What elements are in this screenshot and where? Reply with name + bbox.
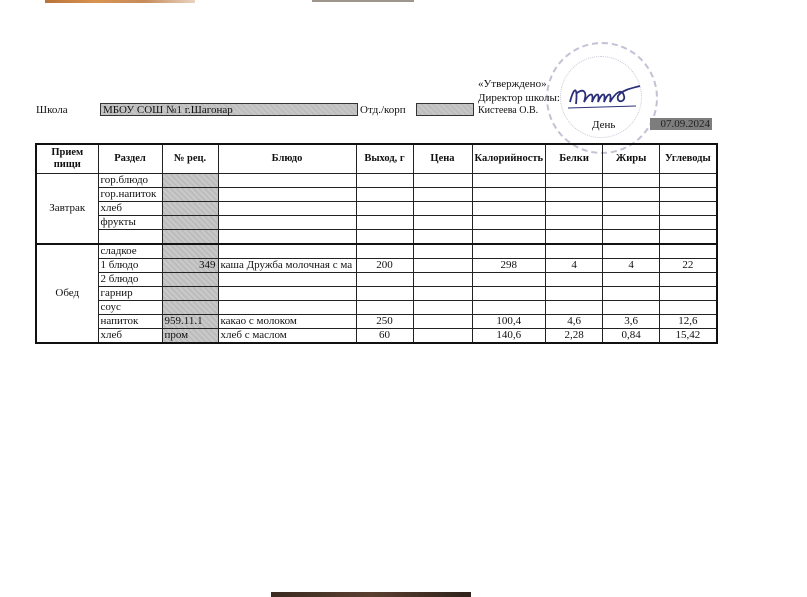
- cell-price: [413, 230, 472, 245]
- cell-fats: [603, 301, 660, 315]
- table-row: 1 блюдо349каша Дружба молочная с ма20029…: [36, 259, 717, 273]
- cell-fats: [603, 174, 660, 188]
- cell-recipe: [162, 287, 218, 301]
- cell-section: гор.напиток: [98, 188, 162, 202]
- table-row: хлеб: [36, 202, 717, 216]
- cell-fats: [603, 216, 660, 230]
- cell-section: [98, 230, 162, 245]
- cell-yield: [356, 188, 413, 202]
- cell-carbs: [660, 273, 717, 287]
- cell-dish: хлеб с маслом: [218, 329, 356, 344]
- table-row: Завтракгор.блюдо: [36, 174, 717, 188]
- cell-recipe: [162, 230, 218, 245]
- cell-calories: [472, 301, 546, 315]
- cell-dish: [218, 188, 356, 202]
- cell-proteins: 4,6: [546, 315, 603, 329]
- cell-proteins: [546, 174, 603, 188]
- table-row: соус: [36, 301, 717, 315]
- cell-recipe: [162, 202, 218, 216]
- cell-calories: [472, 287, 546, 301]
- cell-yield: [356, 202, 413, 216]
- cell-carbs: [660, 188, 717, 202]
- cell-proteins: [546, 230, 603, 245]
- cell-section: соус: [98, 301, 162, 315]
- cell-yield: [356, 287, 413, 301]
- cell-carbs: [660, 301, 717, 315]
- day-label: День: [592, 119, 615, 132]
- cell-yield: [356, 174, 413, 188]
- photo-edge-bottom: [271, 592, 471, 597]
- cell-proteins: [546, 273, 603, 287]
- cell-dish: [218, 273, 356, 287]
- cell-recipe: 349: [162, 259, 218, 273]
- cell-yield: 250: [356, 315, 413, 329]
- column-header: Калорийность: [472, 144, 546, 174]
- director-name: Кистеева О.В.: [478, 104, 538, 117]
- cell-price: [413, 273, 472, 287]
- cell-price: [413, 287, 472, 301]
- cell-proteins: [546, 188, 603, 202]
- date-field: 07.09.2024: [650, 118, 712, 130]
- cell-fats: [603, 230, 660, 245]
- cell-dish: каша Дружба молочная с ма: [218, 259, 356, 273]
- table-row: 2 блюдо: [36, 273, 717, 287]
- column-header: Белки: [546, 144, 603, 174]
- cell-section: гор.блюдо: [98, 174, 162, 188]
- cell-price: [413, 301, 472, 315]
- cell-proteins: [546, 287, 603, 301]
- cell-yield: [356, 230, 413, 245]
- cell-price: [413, 259, 472, 273]
- cell-section: гарнир: [98, 287, 162, 301]
- signature-icon: [566, 82, 646, 110]
- table-row: напиток959.11.1какао с молоком250100,44,…: [36, 315, 717, 329]
- cell-calories: [472, 273, 546, 287]
- cell-section: 1 блюдо: [98, 259, 162, 273]
- cell-calories: 298: [472, 259, 546, 273]
- cell-yield: [356, 273, 413, 287]
- table-row: гарнир: [36, 287, 717, 301]
- column-header: Прием пищи: [36, 144, 98, 174]
- cell-proteins: 4: [546, 259, 603, 273]
- cell-fats: [603, 287, 660, 301]
- cell-dish: какао с молоком: [218, 315, 356, 329]
- cell-carbs: [660, 230, 717, 245]
- cell-carbs: 12,6: [660, 315, 717, 329]
- dept-label: Отд./корп: [360, 104, 406, 117]
- cell-proteins: [546, 244, 603, 259]
- cell-carbs: [660, 174, 717, 188]
- meal-name: Завтрак: [36, 174, 98, 245]
- cell-calories: [472, 202, 546, 216]
- cell-dish: [218, 301, 356, 315]
- cell-yield: 60: [356, 329, 413, 344]
- cell-yield: [356, 216, 413, 230]
- table-row: хлебпромхлеб с маслом60140,62,280,8415,4…: [36, 329, 717, 344]
- cell-proteins: [546, 216, 603, 230]
- cell-calories: [472, 188, 546, 202]
- cell-yield: [356, 244, 413, 259]
- cell-section: хлеб: [98, 202, 162, 216]
- cell-calories: 140,6: [472, 329, 546, 344]
- cell-carbs: [660, 287, 717, 301]
- column-header: № рец.: [162, 144, 218, 174]
- cell-recipe: [162, 174, 218, 188]
- cell-fats: [603, 202, 660, 216]
- cell-calories: [472, 216, 546, 230]
- cell-dish: [218, 244, 356, 259]
- cell-calories: [472, 230, 546, 245]
- cell-fats: [603, 244, 660, 259]
- cell-section: фрукты: [98, 216, 162, 230]
- cell-fats: 3,6: [603, 315, 660, 329]
- cell-dish: [218, 174, 356, 188]
- cell-fats: [603, 273, 660, 287]
- column-header: Углеводы: [660, 144, 717, 174]
- table-row: Обедсладкое: [36, 244, 717, 259]
- cell-recipe: [162, 273, 218, 287]
- dept-field: [416, 103, 474, 116]
- cell-fats: 4: [603, 259, 660, 273]
- cell-price: [413, 202, 472, 216]
- cell-price: [413, 188, 472, 202]
- column-header: Цена: [413, 144, 472, 174]
- menu-table: Прием пищиРаздел№ рец.БлюдоВыход, гЦенаК…: [35, 143, 718, 344]
- cell-fats: [603, 188, 660, 202]
- cell-proteins: [546, 202, 603, 216]
- cell-yield: [356, 301, 413, 315]
- cell-dish: [218, 202, 356, 216]
- cell-dish: [218, 216, 356, 230]
- cell-proteins: 2,28: [546, 329, 603, 344]
- cell-price: [413, 216, 472, 230]
- cell-dish: [218, 287, 356, 301]
- cell-section: 2 блюдо: [98, 273, 162, 287]
- cell-calories: [472, 244, 546, 259]
- photo-edge-top-left: [45, 0, 195, 3]
- cell-recipe: [162, 301, 218, 315]
- column-header: Жиры: [603, 144, 660, 174]
- column-header: Раздел: [98, 144, 162, 174]
- table-header-row: Прием пищиРаздел№ рец.БлюдоВыход, гЦенаК…: [36, 144, 717, 174]
- cell-price: [413, 315, 472, 329]
- school-field: МБОУ СОШ №1 г.Шагонар: [100, 103, 358, 116]
- table-row: фрукты: [36, 216, 717, 230]
- cell-proteins: [546, 301, 603, 315]
- cell-yield: 200: [356, 259, 413, 273]
- table-row: [36, 230, 717, 245]
- cell-section: напиток: [98, 315, 162, 329]
- cell-fats: 0,84: [603, 329, 660, 344]
- column-header: Блюдо: [218, 144, 356, 174]
- cell-section: хлеб: [98, 329, 162, 344]
- cell-section: сладкое: [98, 244, 162, 259]
- cell-calories: 100,4: [472, 315, 546, 329]
- column-header: Выход, г: [356, 144, 413, 174]
- cell-carbs: 22: [660, 259, 717, 273]
- cell-recipe: [162, 244, 218, 259]
- cell-price: [413, 244, 472, 259]
- cell-carbs: [660, 216, 717, 230]
- cell-carbs: [660, 202, 717, 216]
- cell-carbs: 15,42: [660, 329, 717, 344]
- cell-dish: [218, 230, 356, 245]
- cell-price: [413, 174, 472, 188]
- photo-edge-top-right: [312, 0, 414, 2]
- cell-recipe: [162, 216, 218, 230]
- cell-carbs: [660, 244, 717, 259]
- approved-label: «Утверждено»: [478, 78, 547, 91]
- cell-price: [413, 329, 472, 344]
- cell-recipe: 959.11.1: [162, 315, 218, 329]
- school-label: Школа: [36, 104, 68, 117]
- table-row: гор.напиток: [36, 188, 717, 202]
- cell-recipe: пром: [162, 329, 218, 344]
- meal-name: Обед: [36, 244, 98, 343]
- cell-recipe: [162, 188, 218, 202]
- cell-calories: [472, 174, 546, 188]
